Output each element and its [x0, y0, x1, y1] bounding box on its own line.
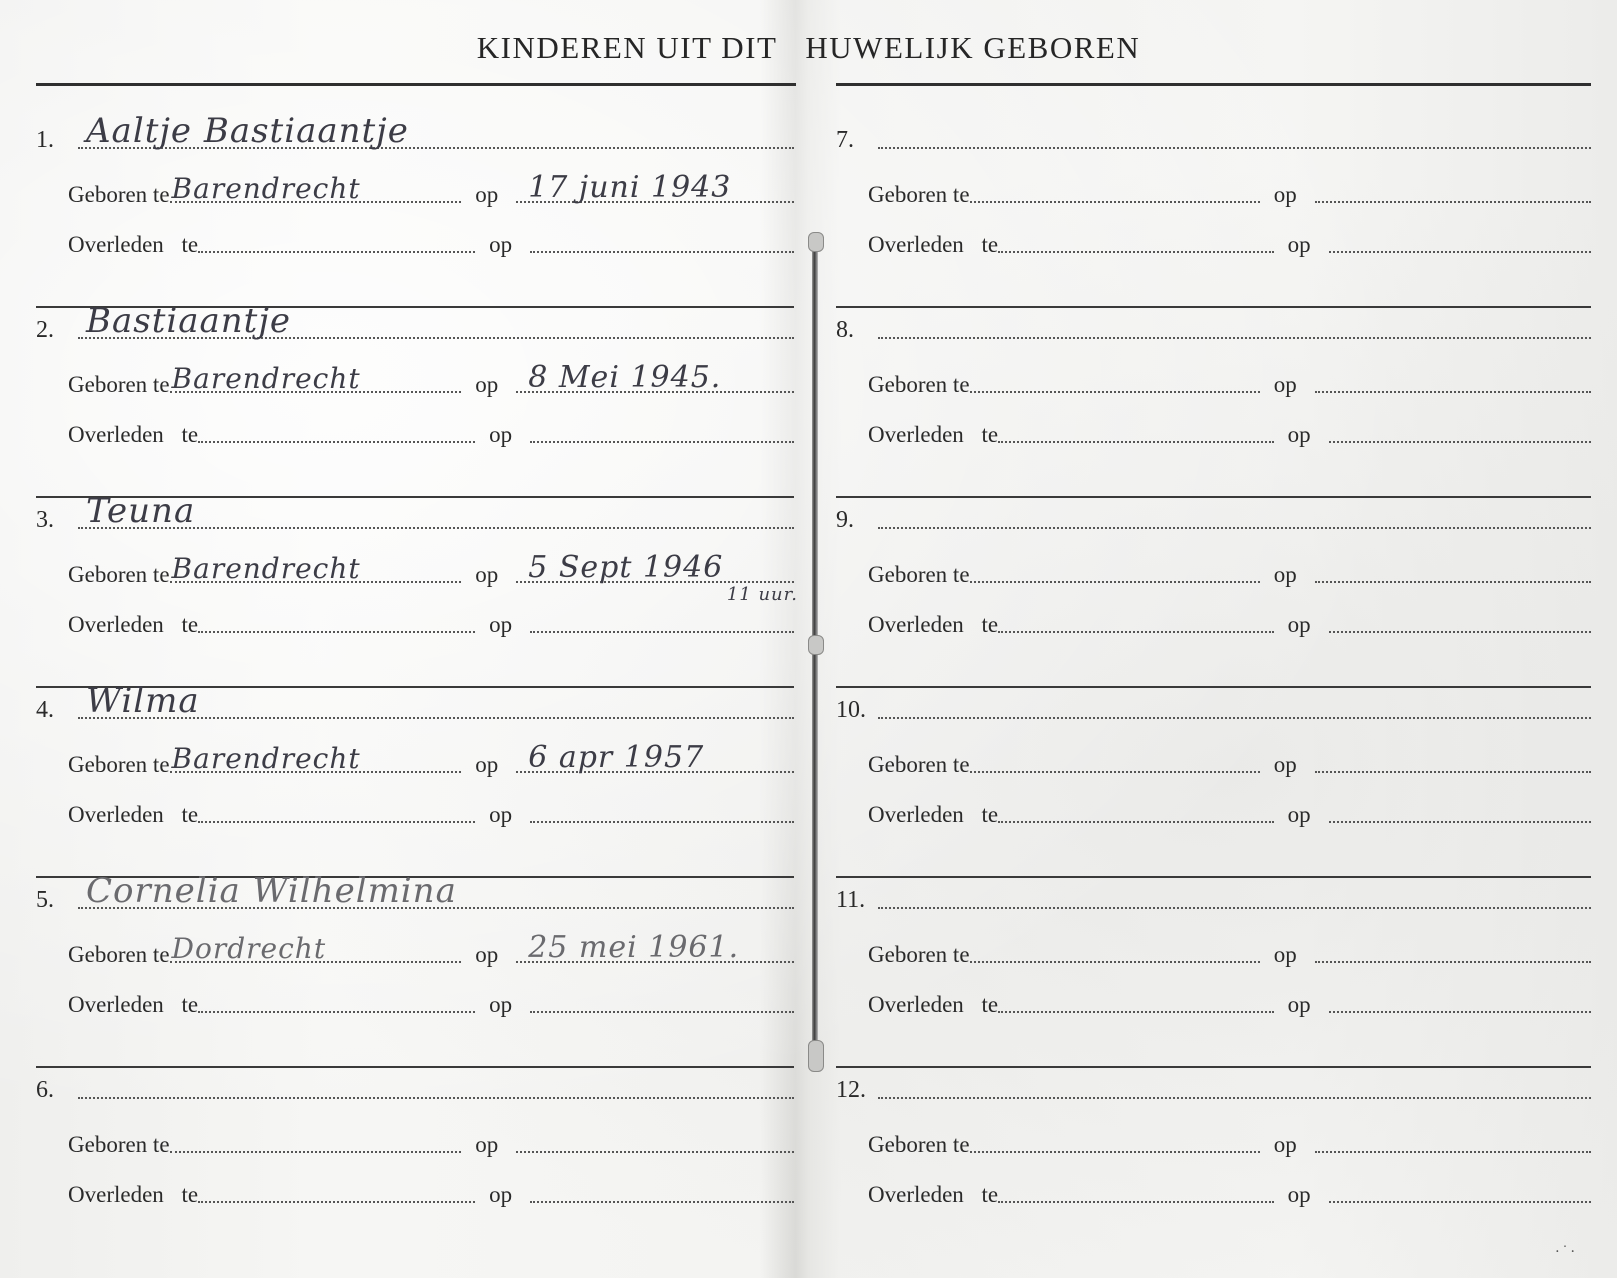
- birth-line: Geboren te Barendrecht op 5 Sept 1946 11…: [36, 552, 794, 588]
- name-line: 8.: [836, 308, 1591, 344]
- on-label: op: [489, 422, 512, 448]
- header-rule-left: [36, 83, 796, 86]
- binding-knot-bottom: [808, 1040, 824, 1072]
- death-line: Overleden te op: [836, 602, 1591, 638]
- death-date-field[interactable]: [1329, 1173, 1591, 1203]
- on-label: op: [1288, 992, 1311, 1018]
- on-label: op: [475, 942, 498, 968]
- born-label: Geboren te: [68, 1132, 170, 1158]
- on-label: op: [475, 1132, 498, 1158]
- birth-date-field[interactable]: 6 apr 1957: [516, 743, 794, 773]
- death-place-field[interactable]: [198, 413, 475, 443]
- birth-place-field[interactable]: [970, 933, 1260, 963]
- born-label: Geboren te: [868, 942, 970, 968]
- on-label: op: [475, 372, 498, 398]
- death-date-field[interactable]: [530, 793, 794, 823]
- on-label: op: [1274, 562, 1297, 588]
- name-line: 9.: [836, 498, 1591, 534]
- name-line: 12.: [836, 1068, 1591, 1104]
- died-label: Overleden te: [868, 1182, 998, 1208]
- birth-place-field[interactable]: [970, 1123, 1260, 1153]
- entry-number: 1.: [36, 127, 78, 154]
- child-name: Aaltje Bastiaantje: [86, 111, 409, 151]
- death-place-field[interactable]: [998, 1173, 1273, 1203]
- name-field[interactable]: Cornelia Wilhelmina: [78, 879, 794, 909]
- on-label: op: [475, 752, 498, 778]
- name-line: 11.: [836, 878, 1591, 914]
- on-label: op: [1274, 1132, 1297, 1158]
- death-place-field[interactable]: [198, 983, 475, 1013]
- page-title: KINDEREN UIT DITHUWELIJK GEBOREN: [0, 30, 1617, 66]
- name-line: 1. Aaltje Bastiaantje: [36, 118, 794, 154]
- death-line: Overleden te op: [836, 792, 1591, 828]
- death-place-field[interactable]: [198, 793, 475, 823]
- born-label: Geboren te: [868, 182, 970, 208]
- died-label: Overleden te: [68, 802, 198, 828]
- death-date-field[interactable]: [530, 983, 794, 1013]
- death-date-field[interactable]: [1329, 603, 1591, 633]
- birth-date-field[interactable]: [1315, 743, 1591, 773]
- paper-speck: ·˙·: [1555, 1244, 1577, 1260]
- birth-place: Barendrecht: [172, 742, 361, 775]
- died-label: Overleden te: [68, 232, 198, 258]
- binding-knot-top: [808, 232, 824, 252]
- born-label: Geboren te: [68, 942, 170, 968]
- name-field[interactable]: [878, 879, 1591, 909]
- birth-date-field[interactable]: [1315, 1123, 1591, 1153]
- child-name: Cornelia Wilhelmina: [86, 871, 457, 911]
- entry-number: 12.: [836, 1077, 878, 1104]
- birth-line: Geboren te op: [836, 552, 1591, 588]
- birth-date-field[interactable]: 5 Sept 1946 11 uur.: [516, 553, 794, 583]
- entry-number: 11.: [836, 887, 878, 914]
- on-label: op: [1288, 232, 1311, 258]
- birth-line: Geboren te Barendrecht op 17 juni 1943: [36, 172, 794, 208]
- name-field[interactable]: [878, 309, 1591, 339]
- died-label: Overleden te: [68, 992, 198, 1018]
- on-label: op: [1274, 182, 1297, 208]
- born-label: Geboren te: [868, 1132, 970, 1158]
- name-field[interactable]: [878, 499, 1591, 529]
- born-label: Geboren te: [68, 562, 170, 588]
- name-line: 6.: [36, 1068, 794, 1104]
- birth-date-field[interactable]: 25 mei 1961.: [516, 933, 794, 963]
- birth-line: Geboren te op: [836, 932, 1591, 968]
- born-label: Geboren te: [868, 562, 970, 588]
- on-label: op: [489, 612, 512, 638]
- name-line: 2. Bastiaantje: [36, 308, 794, 344]
- birth-place-field[interactable]: [970, 363, 1260, 393]
- birth-date-field[interactable]: [1315, 173, 1591, 203]
- on-label: op: [475, 562, 498, 588]
- died-label: Overleden te: [868, 612, 998, 638]
- title-right-page: HUWELIJK GEBOREN: [805, 30, 1140, 65]
- born-label: Geboren te: [68, 372, 170, 398]
- birth-line: Geboren te Barendrecht op 6 apr 1957: [36, 742, 794, 778]
- born-label: Geboren te: [868, 372, 970, 398]
- birth-place-field[interactable]: Barendrecht: [170, 743, 462, 773]
- birth-line: Geboren te op: [836, 362, 1591, 398]
- child-entry-2: 2. Bastiaantje Geboren te Barendrecht op…: [36, 308, 794, 498]
- name-field[interactable]: Teuna: [78, 499, 794, 529]
- birth-line: Geboren te op: [836, 742, 1591, 778]
- death-place-field[interactable]: [198, 603, 475, 633]
- death-place-field[interactable]: [998, 983, 1273, 1013]
- name-field[interactable]: Wilma: [78, 689, 794, 719]
- death-date-field[interactable]: [530, 603, 794, 633]
- died-label: Overleden te: [68, 1182, 198, 1208]
- died-label: Overleden te: [868, 992, 998, 1018]
- birth-line: Geboren te op: [836, 172, 1591, 208]
- birth-date-field[interactable]: [1315, 553, 1591, 583]
- on-label: op: [1288, 612, 1311, 638]
- birth-place-field[interactable]: Barendrecht: [170, 363, 462, 393]
- name-line: 3. Teuna: [36, 498, 794, 534]
- name-field[interactable]: [878, 119, 1591, 149]
- entry-number: 5.: [36, 887, 78, 914]
- on-label: op: [1274, 942, 1297, 968]
- born-label: Geboren te: [68, 182, 170, 208]
- child-entry-4: 4. Wilma Geboren te Barendrecht op 6 apr…: [36, 688, 794, 878]
- born-label: Geboren te: [868, 752, 970, 778]
- name-field[interactable]: [878, 1069, 1591, 1099]
- entry-number: 7.: [836, 127, 878, 154]
- name-line: 4. Wilma: [36, 688, 794, 724]
- name-field[interactable]: [78, 1069, 794, 1099]
- died-label: Overleden te: [868, 422, 998, 448]
- death-line: Overleden te op: [36, 1172, 794, 1208]
- name-line: 10.: [836, 688, 1591, 724]
- birth-date: 5 Sept 1946: [528, 550, 723, 585]
- child-entry-5: 5. Cornelia Wilhelmina Geboren te Dordre…: [36, 878, 794, 1068]
- birth-date: 17 juni 1943: [528, 170, 731, 205]
- birth-place-field[interactable]: Barendrecht: [170, 553, 462, 583]
- died-label: Overleden te: [68, 612, 198, 638]
- birth-place-field[interactable]: [970, 173, 1260, 203]
- child-entry-10: 10. Geboren te op Overleden te op: [836, 688, 1591, 878]
- birth-place-field[interactable]: [970, 553, 1260, 583]
- on-label: op: [489, 232, 512, 258]
- birth-date: 6 apr 1957: [528, 740, 704, 775]
- birth-date-field[interactable]: 8 Mei 1945.: [516, 363, 794, 393]
- child-entry-6: 6. Geboren te op Overleden te op: [36, 1068, 794, 1258]
- entry-number: 10.: [836, 697, 878, 724]
- on-label: op: [1288, 1182, 1311, 1208]
- died-label: Overleden te: [868, 232, 998, 258]
- death-place-field[interactable]: [198, 1173, 475, 1203]
- birth-date: 25 mei 1961.: [528, 930, 739, 965]
- birth-date: 8 Mei 1945.: [528, 360, 721, 395]
- title-left-page: KINDEREN UIT DIT: [477, 30, 778, 65]
- header-rule-right: [836, 83, 1591, 86]
- entry-number: 8.: [836, 317, 878, 344]
- name-field[interactable]: Aaltje Bastiaantje: [78, 119, 794, 149]
- death-line: Overleden te op: [36, 222, 794, 258]
- died-label: Overleden te: [68, 422, 198, 448]
- birth-place: Barendrecht: [172, 552, 361, 585]
- birth-place: Barendrecht: [172, 362, 361, 395]
- birth-place-field[interactable]: Barendrecht: [170, 173, 462, 203]
- death-date-field[interactable]: [1329, 413, 1591, 443]
- child-entry-9: 9. Geboren te op Overleden te op: [836, 498, 1591, 688]
- on-label: op: [1274, 372, 1297, 398]
- birth-place: Dordrecht: [172, 932, 327, 965]
- death-date-field[interactable]: [1329, 983, 1591, 1013]
- death-line: Overleden te op: [36, 792, 794, 828]
- death-date-field[interactable]: [530, 223, 794, 253]
- death-place-field[interactable]: [998, 413, 1273, 443]
- child-entry-11: 11. Geboren te op Overleden te op: [836, 878, 1591, 1068]
- birth-place: Barendrecht: [172, 172, 361, 205]
- on-label: op: [489, 802, 512, 828]
- death-line: Overleden te op: [36, 982, 794, 1018]
- born-label: Geboren te: [68, 752, 170, 778]
- birth-place-field[interactable]: [970, 743, 1260, 773]
- child-name: Teuna: [86, 491, 195, 531]
- death-date-field[interactable]: [1329, 223, 1591, 253]
- death-place-field[interactable]: [998, 223, 1273, 253]
- name-field[interactable]: Bastiaantje: [78, 309, 794, 339]
- died-label: Overleden te: [868, 802, 998, 828]
- death-date-field[interactable]: [530, 413, 794, 443]
- child-entry-8: 8. Geboren te op Overleden te op: [836, 308, 1591, 498]
- birth-line: Geboren te op: [836, 1122, 1591, 1158]
- death-place-field[interactable]: [198, 223, 475, 253]
- birth-line: Geboren te op: [36, 1122, 794, 1158]
- death-place-field[interactable]: [998, 603, 1273, 633]
- binding-knot-middle: [808, 635, 824, 655]
- entry-number: 4.: [36, 697, 78, 724]
- death-date-field[interactable]: [1329, 793, 1591, 823]
- child-entry-12: 12. Geboren te op Overleden te op: [836, 1068, 1591, 1258]
- birth-date-field[interactable]: [1315, 933, 1591, 963]
- child-entry-1: 1. Aaltje Bastiaantje Geboren te Barendr…: [36, 118, 794, 308]
- child-entry-7: 7. Geboren te op Overleden te op: [836, 118, 1591, 308]
- on-label: op: [475, 182, 498, 208]
- child-entry-3: 3. Teuna Geboren te Barendrecht op 5 Sep…: [36, 498, 794, 688]
- death-line: Overleden te op: [836, 1172, 1591, 1208]
- entry-number: 6.: [36, 1077, 78, 1104]
- birth-date-field[interactable]: 17 juni 1943: [516, 173, 794, 203]
- death-place-field[interactable]: [998, 793, 1273, 823]
- death-date-field[interactable]: [530, 1173, 794, 1203]
- birth-line: Geboren te Barendrecht op 8 Mei 1945.: [36, 362, 794, 398]
- child-name: Bastiaantje: [86, 301, 291, 341]
- birth-place-field[interactable]: Dordrecht: [170, 933, 462, 963]
- on-label: op: [1288, 422, 1311, 448]
- on-label: op: [1288, 802, 1311, 828]
- on-label: op: [489, 992, 512, 1018]
- name-line: 5. Cornelia Wilhelmina: [36, 878, 794, 914]
- death-line: Overleden te op: [836, 982, 1591, 1018]
- death-line: Overleden te op: [836, 412, 1591, 448]
- birth-date-field[interactable]: [516, 1123, 794, 1153]
- child-name: Wilma: [86, 681, 200, 721]
- death-line: Overleden te op: [36, 602, 794, 638]
- on-label: op: [1274, 752, 1297, 778]
- death-line: Overleden te op: [836, 222, 1591, 258]
- name-line: 7.: [836, 118, 1591, 154]
- entry-number: 9.: [836, 507, 878, 534]
- birth-line: Geboren te Dordrecht op 25 mei 1961.: [36, 932, 794, 968]
- death-line: Overleden te op: [36, 412, 794, 448]
- birth-date-field[interactable]: [1315, 363, 1591, 393]
- name-field[interactable]: [878, 689, 1591, 719]
- birth-place-field[interactable]: [170, 1123, 462, 1153]
- on-label: op: [489, 1182, 512, 1208]
- entry-number: 3.: [36, 507, 78, 534]
- entry-number: 2.: [36, 317, 78, 344]
